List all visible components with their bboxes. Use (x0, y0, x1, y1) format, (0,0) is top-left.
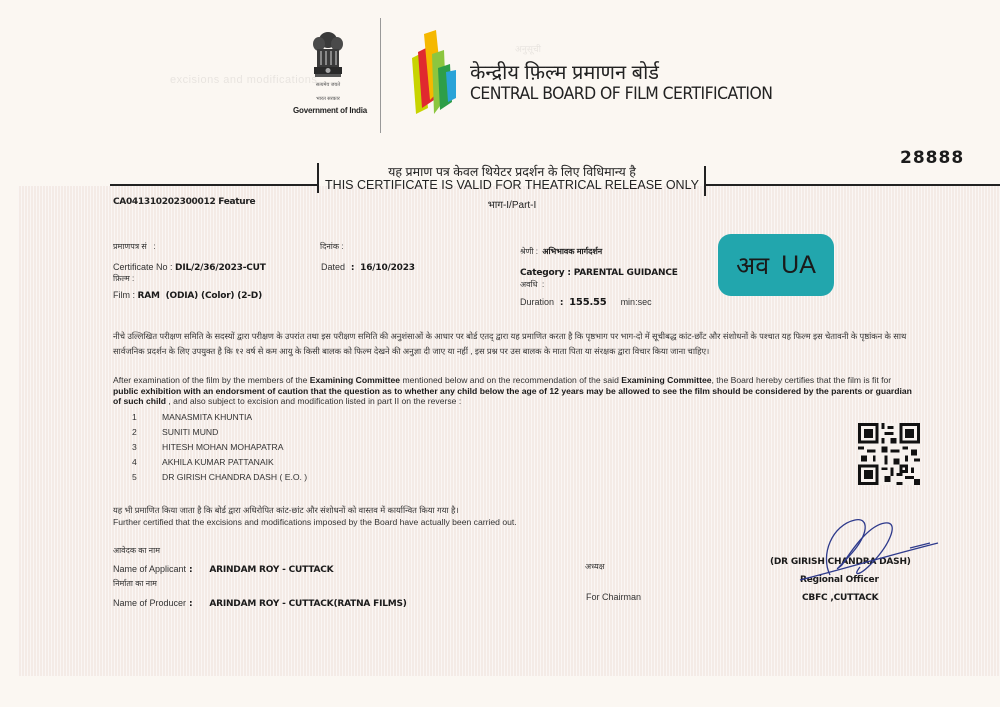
rating-hindi: अव (736, 248, 769, 282)
duration-unit: min:sec (621, 297, 652, 307)
applicant-value: ARINDAM ROY - CUTTACK (209, 565, 333, 575)
bleed-through-text: excisions and modifications (170, 74, 317, 86)
committee-member: 4AKHILA KUMAR PATTANAIK (132, 457, 274, 467)
date-row: Dated : 16/10/2023 (321, 257, 415, 275)
header-divider (380, 18, 381, 133)
certification-text-english: After examination of the film by the mem… (113, 375, 913, 407)
applicant-row: Name of Applicant : ARINDAM ROY - CUTTAC… (113, 559, 333, 577)
divider-line (705, 184, 1000, 186)
film-row: Film : RAM (ODIA) (Color) (2-D) (113, 285, 262, 303)
category-row: Category : PARENTAL GUIDANCE (520, 262, 678, 280)
film-label: Film (113, 290, 130, 300)
film-label-hindi: फ़िल्म : (113, 273, 134, 284)
producer-value: ARINDAM ROY - CUTTACK(RATNA FILMS) (209, 599, 406, 609)
validity-notice-english: THIS CERTIFICATE IS VALID FOR THEATRICAL… (318, 178, 706, 192)
certificate-page: अनुसूची excisions and modifications सत्य… (0, 0, 1000, 707)
signature-icon (760, 515, 940, 585)
divider-tick (704, 166, 706, 196)
bleed-through-text: अनुसूची (515, 42, 541, 55)
date-label-hindi: दिनांक : (320, 241, 343, 252)
certificate-no-label-hindi: प्रमाणपत्र सं : (113, 241, 156, 252)
certificate-no-row: Certificate No : DIL/2/36/2023-CUT (113, 257, 266, 275)
committee-member: 5DR GIRISH CHANDRA DASH ( E.O. ) (132, 472, 307, 482)
officer-office: CBFC ,CUTTACK (802, 593, 878, 603)
certification-text-hindi: नीचे उल्लिखित परीक्षण समिति के सदस्यों द… (113, 329, 913, 359)
committee-member: 1MANASMITA KHUNTIA (132, 412, 252, 422)
committee-member: 2SUNITI MUND (132, 427, 218, 437)
rating-badge: अव UA (718, 234, 834, 296)
category-value-hindi: अभिभावक मार्गदर्शन (542, 247, 602, 256)
divider-line (110, 184, 318, 186)
emblem-motto: सत्यमेव जयते (300, 82, 356, 88)
rating-english: UA (781, 251, 816, 280)
category-value: PARENTAL GUIDANCE (574, 268, 678, 278)
duration-row: Duration : 155.55min:sec (520, 292, 652, 310)
qr-code-icon[interactable] (858, 423, 920, 485)
part-label: भाग-I/Part-I (318, 197, 706, 211)
producer-row: Name of Producer : ARINDAM ROY - CUTTACK… (113, 593, 407, 611)
certificate-serial-number: 28888 (900, 148, 964, 168)
applicant-label: Name of Applicant (113, 564, 186, 574)
certificate-no-label: Certificate No (113, 262, 168, 272)
government-of-india-label: Government of India (292, 106, 368, 115)
cbfc-logo-icon (408, 28, 460, 118)
category-label: Category (520, 268, 564, 278)
national-emblem-icon (306, 30, 350, 90)
reference-number: CA041310202300012 Feature (113, 197, 255, 207)
chairman-label-hindi: अध्यक्ष (585, 561, 605, 572)
date-label: Dated (321, 262, 345, 272)
chairman-label: For Chairman (586, 592, 641, 602)
date-value: 16/10/2023 (360, 263, 415, 273)
duration-label: Duration (520, 297, 554, 307)
duration-label-hindi: अवधि : (520, 279, 544, 290)
category-row-hindi: श्रेणी : अभिभावक मार्गदर्शन (520, 241, 602, 259)
board-name-hindi: केन्द्रीय फ़िल्म प्रमाणन बोर्ड (470, 58, 659, 85)
further-certified-hindi: यह भी प्रमाणित किया जाता है कि बोर्ड द्व… (113, 505, 459, 516)
film-value: RAM (ODIA) (Color) (2-D) (138, 291, 262, 301)
certificate-no-value: DIL/2/36/2023-CUT (175, 263, 266, 273)
committee-member: 3HITESH MOHAN MOHAPATRA (132, 442, 283, 452)
producer-label: Name of Producer (113, 598, 186, 608)
board-name-english: CENTRAL BOARD OF FILM CERTIFICATION (470, 84, 772, 104)
further-certified-english: Further certified that the excisions and… (113, 517, 517, 527)
emblem-gov-hindi: भारत सरकार (300, 96, 356, 102)
duration-value: 155.55 (569, 297, 606, 308)
producer-label-hindi: निर्माता का नाम (113, 578, 157, 589)
applicant-label-hindi: आवेदक का नाम (113, 545, 160, 556)
